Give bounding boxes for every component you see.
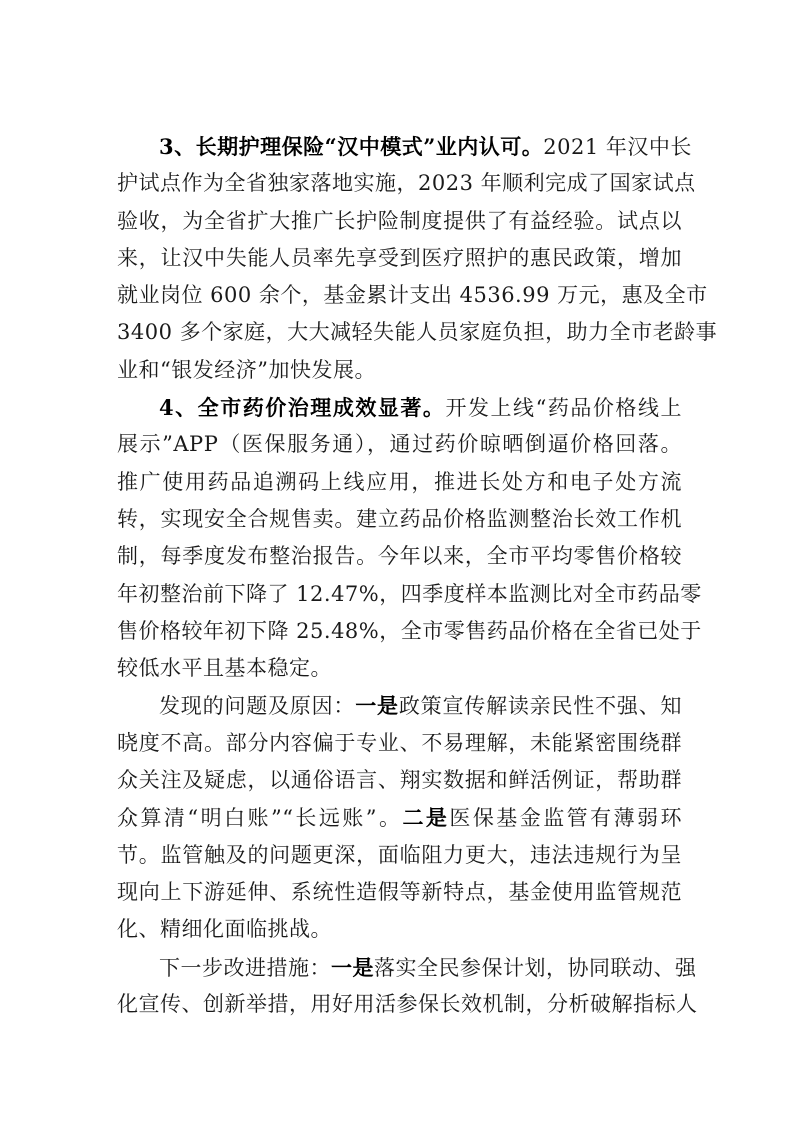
section-heading: 3、长期护理保险“汉中模式”业内认可。 — [159, 134, 543, 159]
text-line: 业和“银发经济”加快发展。 — [117, 352, 682, 389]
text-line: 众算清“明白账”“长远账”。二是医保基金监管有薄弱环 — [117, 799, 682, 836]
section-heading: 4、全市药价治理成效显著。 — [159, 395, 445, 420]
emphasis-second: 二是 — [402, 805, 449, 830]
text-line: 展示”APP（医保服务通），通过药价晾晒倒逼价格回落。 — [117, 426, 682, 463]
line-label: 发现的问题及原因： — [159, 694, 355, 718]
emphasis-first: 一是 — [331, 955, 374, 980]
text-line: 化宣传、创新举措，用好用活参保长效机制，分析破解指标人 — [117, 986, 682, 1023]
paragraph-item-4: 4、全市药价治理成效显著。开发上线“药品价格线上 展示”APP（医保服务通），通… — [117, 389, 682, 687]
text-line: 现向上下游延伸、系统性造假等新特点，基金使用监管规范 — [117, 874, 682, 911]
text-line: 节。监管触及的问题更深，面临阻力更大，违法违规行为呈 — [117, 837, 682, 874]
text-line: 4、全市药价治理成效显著。开发上线“药品价格线上 — [117, 389, 682, 426]
text-line: 较低水平且基本稳定。 — [117, 650, 682, 687]
paragraph-next-steps: 下一步改进措施：一是落实全民参保计划，协同联动、强 化宣传、创新举措，用好用活参… — [117, 949, 682, 1024]
text-line: 来，让汉中失能人员率先享受到医疗照护的惠民政策，增加 — [117, 240, 682, 277]
text-line: 3、长期护理保险“汉中模式”业内认可。2021 年汉中长 — [117, 128, 682, 165]
document-body: 3、长期护理保险“汉中模式”业内认可。2021 年汉中长 护试点作为全省独家落地… — [117, 128, 682, 1023]
line-text: 2021 年汉中长 — [543, 135, 692, 159]
emphasis-first: 一是 — [355, 693, 399, 718]
text-line: 发现的问题及原因：一是政策宣传解读亲民性不强、知 — [117, 687, 682, 724]
text-line: 3400 多个家庭，大大减轻失能人员家庭负担，助力全市老龄事 — [117, 314, 682, 351]
text-line: 晓度不高。部分内容偏于专业、不易理解，未能紧密围绕群 — [117, 725, 682, 762]
document-page: 3、长期护理保险“汉中模式”业内认可。2021 年汉中长 护试点作为全省独家落地… — [0, 0, 793, 1122]
text-line: 下一步改进措施：一是落实全民参保计划，协同联动、强 — [117, 949, 682, 986]
text-line: 制，每季度发布整治报告。今年以来，全市平均零售价格较 — [117, 538, 682, 575]
line-text: 落实全民参保计划，协同联动、强 — [374, 956, 697, 980]
paragraph-item-3: 3、长期护理保险“汉中模式”业内认可。2021 年汉中长 护试点作为全省独家落地… — [117, 128, 682, 389]
text-line: 就业岗位 600 余个，基金累计支出 4536.99 万元，惠及全市 — [117, 277, 682, 314]
line-text: 政策宣传解读亲民性不强、知 — [399, 694, 682, 718]
text-line: 年初整治前下降了 12.47%，四季度样本监测比对全市药品零 — [117, 576, 682, 613]
line-label: 下一步改进措施： — [159, 956, 331, 980]
text-line: 转，实现安全合规售卖。建立药品价格监测整治长效工作机 — [117, 501, 682, 538]
line-text: 医保基金监管有薄弱环 — [449, 806, 682, 830]
text-line: 化、精细化面临挑战。 — [117, 911, 682, 948]
line-text: 开发上线“药品价格线上 — [445, 396, 682, 420]
text-line: 验收，为全省扩大推广长护险制度提供了有益经验。试点以 — [117, 203, 682, 240]
text-line: 售价格较年初下降 25.48%，全市零售药品价格在全省已处于 — [117, 613, 682, 650]
paragraph-problems: 发现的问题及原因：一是政策宣传解读亲民性不强、知 晓度不高。部分内容偏于专业、不… — [117, 687, 682, 948]
line-text: 众算清“明白账”“长远账”。 — [117, 806, 402, 830]
text-line: 推广使用药品追溯码上线应用，推进长处方和电子处方流 — [117, 464, 682, 501]
text-line: 护试点作为全省独家落地实施，2023 年顺利完成了国家试点 — [117, 165, 682, 202]
text-line: 众关注及疑虑，以通俗语言、翔实数据和鲜活例证，帮助群 — [117, 762, 682, 799]
